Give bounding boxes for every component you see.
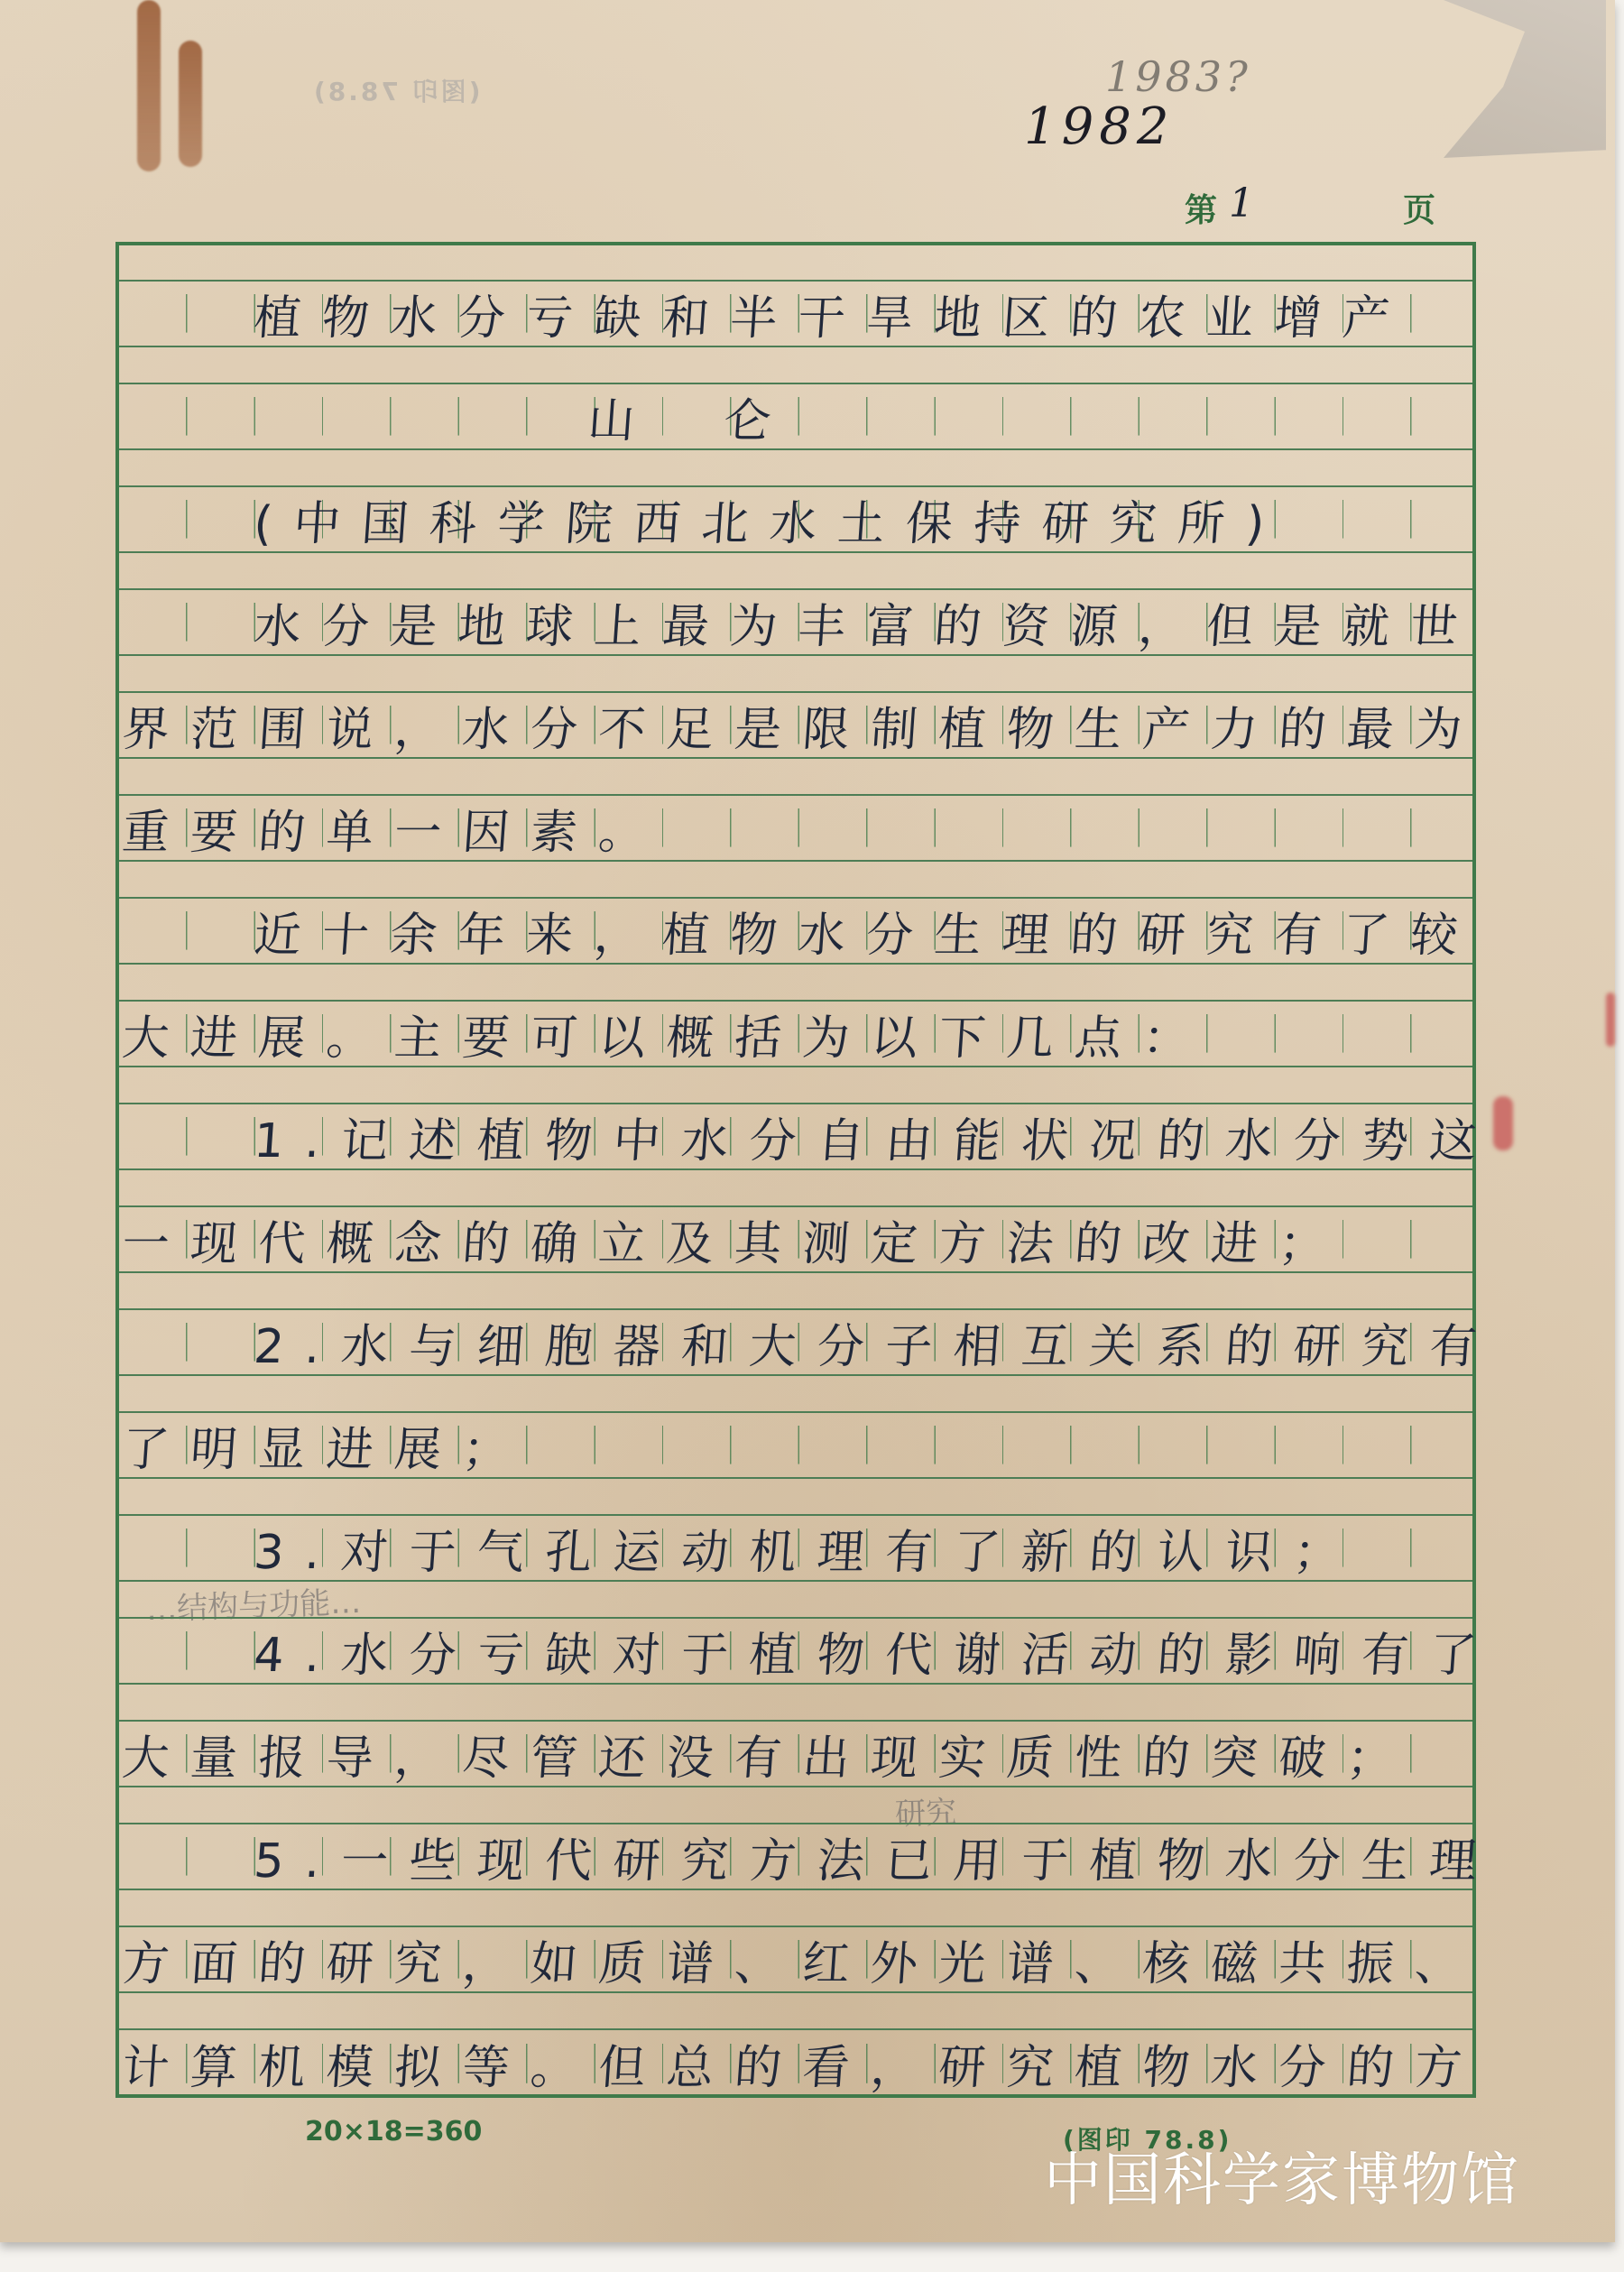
manuscript-grid: 植物水分亏缺和半干旱地区的农业增产 山 仑 (中国科学院西北水土保持研究所) 水… [115, 242, 1476, 2098]
red-ink-mark [1606, 993, 1615, 1047]
grid-row: 4.水分亏缺对于植物代谢活动的影响有了 [119, 1617, 1472, 1685]
text-line: 计算机模拟等。但总的看，研究植物水分的方 [116, 2030, 1485, 2096]
grid-row: 界范围说，水分不足是限制植物生产力的最为 [119, 691, 1472, 759]
grid-row: 水分是地球上最为丰富的资源，但是就世 [119, 588, 1472, 656]
text-line: 方面的研究，如质谱、红外光谱、核磁共振、 [117, 1927, 1486, 1991]
text-line: 一现代概念的确立及其测定方法的改进； [117, 1207, 1350, 1271]
text-line: 水分是地球上最为丰富的资源，但是就世 [117, 590, 1481, 654]
text-line: 界范围说，水分不足是限制植物生产力的最为 [117, 693, 1486, 757]
grid-row: 大量报导，尽管还没有出现实质性的突破； [119, 1720, 1472, 1787]
list-item-5: 5.一些现代研究方法已用于植物水分生理 [117, 1824, 1500, 1889]
grid-row: 方面的研究，如质谱、红外光谱、核磁共振、 [119, 1926, 1472, 1993]
list-item-4: 4.水分亏缺对于植物代谢活动的影响有了 [117, 1619, 1500, 1683]
grid-row: 一现代概念的确立及其测定方法的改进； [119, 1205, 1472, 1273]
grid-row: 山 仑 [119, 383, 1472, 450]
grid-row: 2.水与细胞器和大分子相互关系的研究有 [119, 1308, 1472, 1376]
museum-watermark: 中国科学家博物馆 [1044, 2134, 1520, 2217]
faint-print-mark-top: (图印 78.8) [311, 72, 480, 108]
author: 山 仑 [117, 384, 795, 448]
text-line: 重要的单一因素。 [117, 796, 669, 860]
grid-row: (中国科学院西北水土保持研究所) [119, 485, 1472, 553]
grid-row: 了明显进展； [119, 1411, 1472, 1479]
list-item-2: 2.水与细胞器和大分子相互关系的研究有 [117, 1310, 1500, 1374]
rust-stain [179, 41, 202, 167]
page-label-suffix: 页 [1403, 185, 1435, 231]
grid-row: 1.记述植物中水分自由能状况的水分势这 [119, 1103, 1472, 1170]
text-line: 了明显进展； [117, 1413, 533, 1477]
grid-formula: 20×18=360 [305, 2116, 482, 2147]
text-line: 大进展。主要可以概括为以下几点： [117, 1002, 1213, 1066]
list-item-3: 3.对于气孔运动机理有了新的认识； [117, 1516, 1364, 1580]
grid-row: 计算机模拟等。但总的看，研究植物水分的方 [119, 2028, 1472, 2096]
grid-row: 植物水分亏缺和半干旱地区的农业增产 [119, 280, 1472, 347]
torn-corner [1335, 0, 1606, 158]
rust-stain [137, 0, 161, 171]
grid-row: 3.对于气孔运动机理有了新的认识； [119, 1514, 1472, 1582]
list-item-1: 1.记述植物中水分自由能状况的水分势这 [117, 1104, 1500, 1168]
manuscript-page: (图印 78.8) 1983? 1982 第 1 页 植物水分亏缺和半干旱地区的… [0, 0, 1615, 2242]
page-number: 1 [1229, 180, 1254, 226]
affiliation: (中国科学院西北水土保持研究所) [117, 487, 1288, 551]
text-line: 大量报导，尽管还没有出现实质性的突破； [117, 1722, 1418, 1786]
ink-year-note: 1982 [1024, 97, 1175, 156]
pencil-year-note: 1983? [1105, 52, 1251, 101]
grid-row: 重要的单一因素。 [119, 794, 1472, 862]
grid-row: 大进展。主要可以概括为以下几点： [119, 1000, 1472, 1067]
page-label-prefix: 第 [1185, 185, 1217, 231]
grid-row: 近十余年来，植物水分生理的研究有了较 [119, 897, 1472, 965]
grid-row: 5.一些现代研究方法已用于植物水分生理 [119, 1823, 1472, 1890]
text-line: 近十余年来，植物水分生理的研究有了较 [117, 899, 1481, 963]
title: 植物水分亏缺和半干旱地区的农业增产 [117, 282, 1414, 346]
red-ink-mark [1493, 1096, 1513, 1150]
